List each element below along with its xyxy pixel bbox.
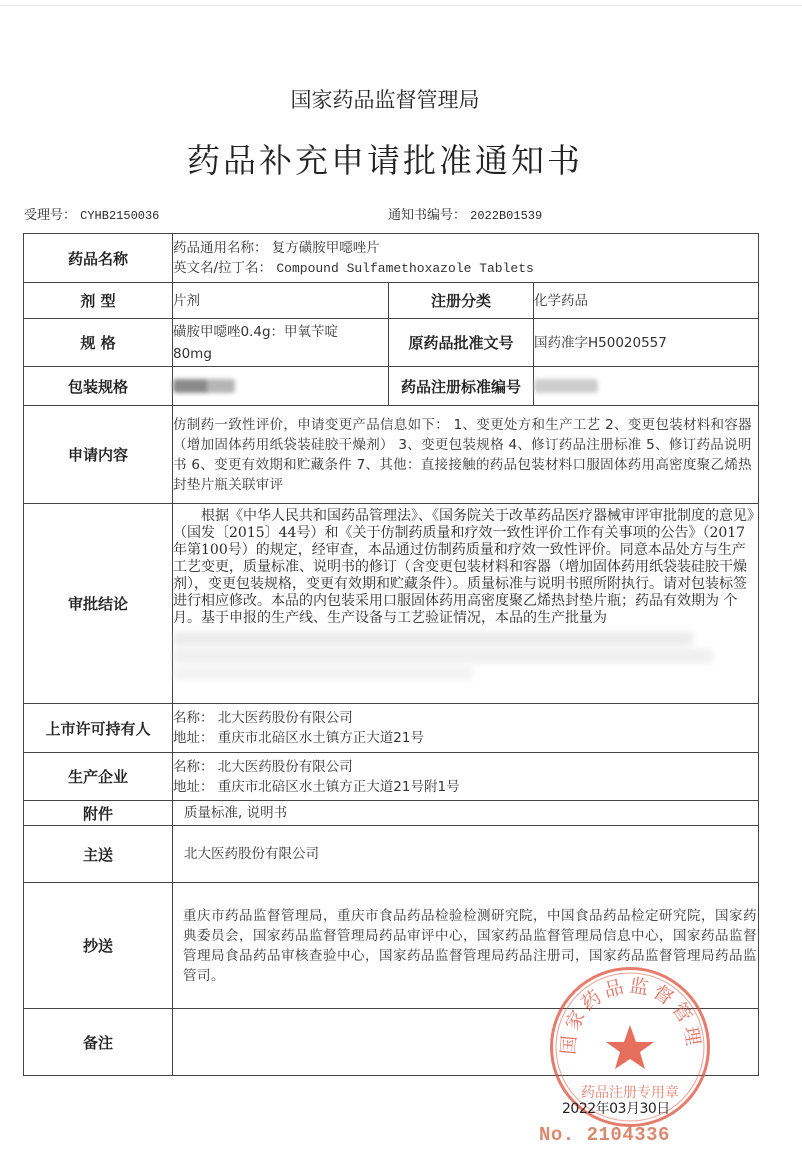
redaction-blur — [534, 379, 598, 393]
generic-name-line: 药品通用名称： 复方磺胺甲噁唑片 — [173, 238, 758, 258]
english-name-label: 英文名/拉丁名： — [173, 260, 272, 276]
mah-name: 北大医药股份有限公司 — [218, 710, 353, 726]
row-approval-conclusion: 审批结论 根据《中华人民共和国药品管理法》、《国务院关于改革药品医疗器械审评审批… — [24, 504, 759, 704]
label-attachments: 附件 — [24, 801, 173, 826]
acceptance-number-value: CYHB2150036 — [80, 209, 159, 223]
label-dosage-form: 剂 型 — [24, 283, 173, 319]
redaction-blur — [173, 632, 693, 646]
value-dosage-form: 片剂 — [173, 283, 389, 319]
label-registration-class: 注册分类 — [389, 283, 534, 319]
redaction-blur — [173, 379, 235, 393]
value-manufacturer: 名称： 北大医药股份有限公司 地址： 重庆市北碚区水土镇方正大道21号附1号 — [173, 753, 759, 801]
label-drug-name: 药品名称 — [24, 234, 173, 283]
label-application-content: 申请内容 — [24, 406, 173, 504]
star-icon — [606, 1025, 654, 1069]
manufacturer-address-label: 地址： — [173, 779, 214, 795]
english-name-line: 英文名/拉丁名： Compound Sulfamethoxazole Table… — [173, 258, 758, 279]
value-attachments: 质量标准, 说明书 — [173, 801, 759, 826]
notice-number: 通知书编号： 2022B01539 — [388, 204, 542, 223]
mah-name-label: 名称： — [173, 710, 214, 726]
row-drug-name: 药品名称 药品通用名称： 复方磺胺甲噁唑片 英文名/拉丁名： Compound … — [24, 234, 759, 283]
value-registration-class: 化学药品 — [534, 283, 759, 319]
notice-number-label: 通知书编号： — [388, 208, 466, 223]
issue-date: 2022年03月30日 — [562, 1098, 670, 1118]
label-registration-standard-no: 药品注册标准编号 — [389, 367, 534, 406]
value-package-spec-redacted — [173, 367, 389, 406]
serial-number: No. 2104336 — [539, 1124, 670, 1146]
value-approval-conclusion: 根据《中华人民共和国药品管理法》、《国务院关于改革药品医疗器械审评审批制度的意见… — [173, 504, 759, 704]
mah-address-line: 地址： 重庆市北碚区水土镇方正大道21号 — [173, 728, 758, 748]
english-name-value: Compound Sulfamethoxazole Tablets — [276, 261, 533, 276]
scan-edge-line — [0, 5, 802, 6]
acceptance-number-label: 受理号： — [24, 208, 76, 223]
generic-name-value: 复方磺胺甲噁唑片 — [272, 240, 380, 256]
row-attachments: 附件 质量标准, 说明书 — [24, 801, 759, 826]
mah-name-line: 名称： 北大医药股份有限公司 — [173, 708, 758, 728]
specification-line-1: 磺胺甲噁唑0.4g：甲氧苄啶 — [173, 321, 388, 343]
value-specification: 磺胺甲噁唑0.4g：甲氧苄啶 80mg — [173, 319, 389, 367]
row-application-content: 申请内容 仿制药一致性评价，申请变更产品信息如下： 1、变更处方和生产工艺 2、… — [24, 406, 759, 504]
value-application-content: 仿制药一致性评价，申请变更产品信息如下： 1、变更处方和生产工艺 2、变更包装材… — [173, 406, 759, 504]
issuing-agency: 国家药品监督管理局 — [0, 84, 770, 114]
approval-table: 药品名称 药品通用名称： 复方磺胺甲噁唑片 英文名/拉丁名： Compound … — [23, 233, 759, 1076]
mah-address: 重庆市北碚区水土镇方正大道21号 — [218, 730, 424, 746]
acceptance-number: 受理号： CYHB2150036 — [24, 204, 159, 223]
mah-address-label: 地址： — [173, 730, 214, 746]
value-mah: 名称： 北大医药股份有限公司 地址： 重庆市北碚区水土镇方正大道21号 — [173, 704, 759, 753]
label-manufacturer: 生产企业 — [24, 753, 173, 801]
redaction-blur — [173, 666, 473, 680]
redaction-blur — [173, 649, 713, 663]
label-main-recipient: 主送 — [24, 826, 173, 883]
document-title: 药品补充申请批准通知书 — [0, 135, 770, 182]
row-package-spec: 包装规格 药品注册标准编号 — [24, 367, 759, 406]
manufacturer-address-line: 地址： 重庆市北碚区水土镇方正大道21号附1号 — [173, 777, 758, 797]
manufacturer-name-label: 名称： — [173, 759, 214, 775]
approval-conclusion-redacted — [173, 627, 758, 682]
specification-line-2: 80mg — [173, 343, 388, 365]
row-manufacturer: 生产企业 名称： 北大医药股份有限公司 地址： 重庆市北碚区水土镇方正大道21号… — [24, 753, 759, 801]
generic-name-label: 药品通用名称： — [173, 240, 268, 256]
label-original-approval-no: 原药品批准文号 — [389, 319, 534, 367]
approval-conclusion-text: 根据《中华人民共和国药品管理法》、《国务院关于改革药品医疗器械审评审批制度的意见… — [173, 504, 758, 627]
value-original-approval-no: 国药准字H50020557 — [534, 319, 759, 367]
label-specification: 规 格 — [24, 319, 173, 367]
label-package-spec: 包装规格 — [24, 367, 173, 406]
row-specification: 规 格 磺胺甲噁唑0.4g：甲氧苄啶 80mg 原药品批准文号 国药准字H500… — [24, 319, 759, 367]
label-approval-conclusion: 审批结论 — [24, 504, 173, 704]
label-remarks: 备注 — [24, 1009, 173, 1076]
manufacturer-name-line: 名称： 北大医药股份有限公司 — [173, 757, 758, 777]
label-cc: 抄送 — [24, 883, 173, 1009]
value-main-recipient: 北大医药股份有限公司 — [173, 826, 759, 883]
row-main-recipient: 主送 北大医药股份有限公司 — [24, 826, 759, 883]
row-dosage-form: 剂 型 片剂 注册分类 化学药品 — [24, 283, 759, 319]
value-drug-name: 药品通用名称： 复方磺胺甲噁唑片 英文名/拉丁名： Compound Sulfa… — [173, 234, 759, 283]
manufacturer-name: 北大医药股份有限公司 — [218, 759, 353, 775]
manufacturer-address: 重庆市北碚区水土镇方正大道21号附1号 — [218, 779, 460, 795]
label-mah: 上市许可持有人 — [24, 704, 173, 753]
notice-number-value: 2022B01539 — [470, 209, 542, 223]
row-mah: 上市许可持有人 名称： 北大医药股份有限公司 地址： 重庆市北碚区水土镇方正大道… — [24, 704, 759, 753]
value-registration-standard-no-redacted — [534, 367, 759, 406]
